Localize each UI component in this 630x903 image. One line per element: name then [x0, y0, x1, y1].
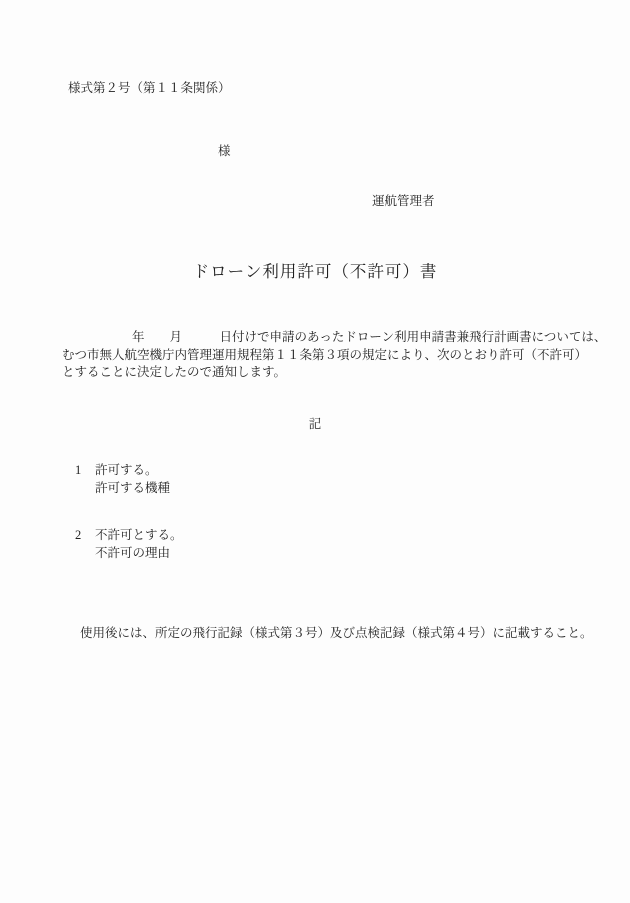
- addressee-honorific: 様: [218, 141, 231, 159]
- list-item-deny: 2 不許可とする。 不許可の理由: [75, 526, 183, 562]
- list-item-permit: 1 許可する。 許可する機種: [75, 461, 170, 497]
- item-text: 不許可とする。: [95, 526, 183, 544]
- item-number: 2: [75, 526, 95, 544]
- item-number: 1: [75, 461, 95, 479]
- footer-note: 使用後には、所定の飛行記録（様式第３号）及び点検記録（様式第４号）に記載すること…: [80, 623, 593, 641]
- record-marker: 記: [0, 414, 630, 432]
- document-title: ドローン利用許可（不許可）書: [0, 258, 630, 282]
- item-subtext: 許可する機種: [95, 479, 170, 497]
- body-paragraph: 年 月 日付けで申請のあったドローン利用申請書兼飛行計画書については、 むつ市無…: [62, 329, 572, 382]
- body-line-3: とすることに決定したので通知します。: [62, 364, 572, 382]
- issuer-title: 運航管理者: [372, 191, 435, 209]
- body-line-1: 年 月 日付けで申請のあったドローン利用申請書兼飛行計画書については、: [62, 329, 572, 347]
- body-line-2: むつ市無人航空機庁内管理運用規程第１１条第３項の規定により、次のとおり許可（不許…: [62, 347, 572, 365]
- item-text: 許可する。: [95, 461, 158, 479]
- item-subtext: 不許可の理由: [95, 544, 170, 562]
- document-page: 様式第２号（第１１条関係） 様 運航管理者 ドローン利用許可（不許可）書 年 月…: [0, 0, 630, 903]
- form-number-label: 様式第２号（第１１条関係）: [68, 78, 231, 96]
